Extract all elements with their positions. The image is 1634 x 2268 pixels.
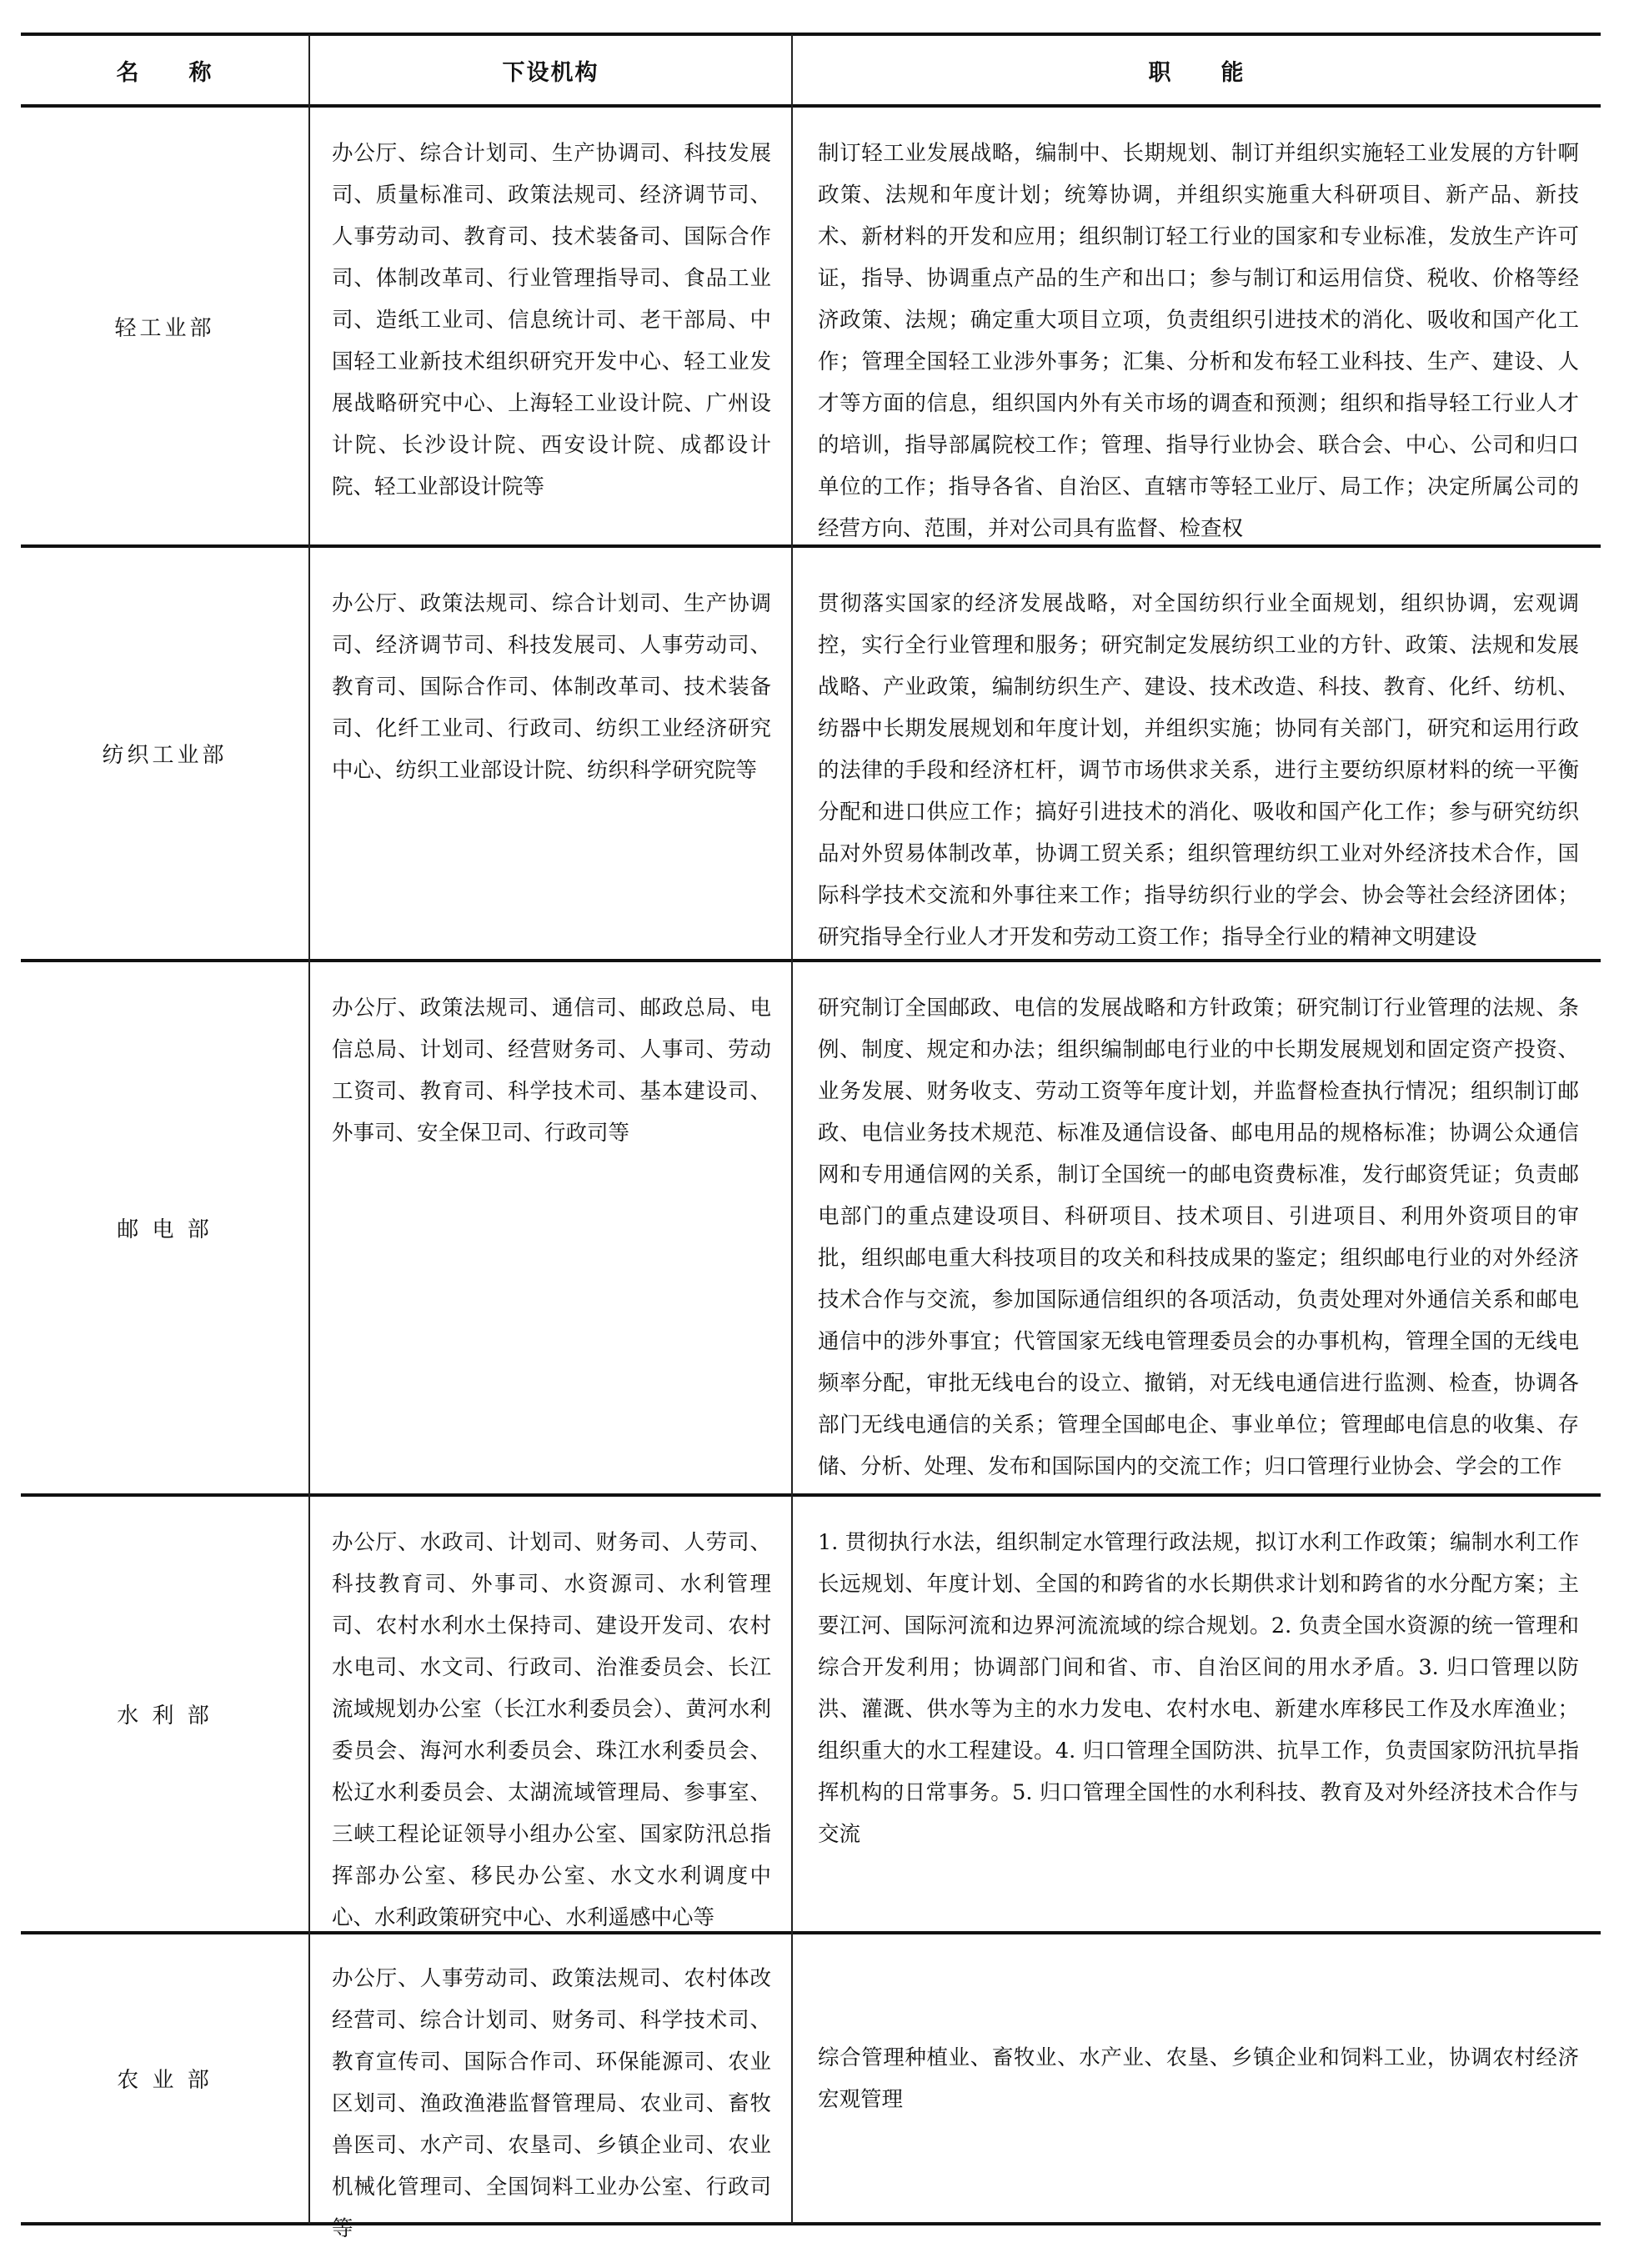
row-name: 农 业 部 (21, 1934, 308, 2222)
table-bottom-rule (21, 2222, 1601, 2225)
row-functions: 综合管理种植业、畜牧业、水产业、农垦、乡镇企业和饲料工业，协调农村经济宏观管理 (793, 1934, 1601, 2222)
row-subunits: 办公厅、政策法规司、通信司、邮政总局、电信总局、计划司、经营财务司、人事司、劳动… (310, 962, 791, 1154)
row-name: 纺织工业部 (21, 548, 308, 959)
header-name: 名 称 (21, 36, 308, 104)
header-functions: 职 能 (793, 36, 1601, 104)
row-name: 水 利 部 (21, 1497, 308, 1931)
row-subunits: 办公厅、政策法规司、综合计划司、生产协调司、经济调节司、科技发展司、人事劳动司、… (310, 548, 791, 791)
row-subunits: 办公厅、综合计划司、生产协调司、科技发展司、质量标准司、政策法规司、经济调节司、… (310, 108, 791, 508)
row-functions: 1. 贯彻执行水法，组织制定水管理行政法规，拟订水利工作政策；编制水利工作长远规… (793, 1497, 1601, 1855)
row-functions: 研究制订全国邮政、电信的发展战略和方针政策；研究制订行业管理的法规、条例、制度、… (793, 962, 1601, 1488)
row-name: 轻工业部 (21, 108, 308, 544)
row-subunits: 办公厅、人事劳动司、政策法规司、农村体改经营司、综合计划司、财务司、科学技术司、… (310, 1934, 791, 2250)
row-functions: 贯彻落实国家的经济发展战略，对全国纺织行业全面规划，组织协调，宏观调控，实行全行… (793, 548, 1601, 958)
row-subunits: 办公厅、水政司、计划司、财务司、人劳司、科技教育司、外事司、水资源司、水利管理司… (310, 1497, 791, 1939)
row-functions: 制订轻工业发展战略，编制中、长期规划、制订并组织实施轻工业发展的方针啊政策、法规… (793, 108, 1601, 549)
header-subunits: 下设机构 (310, 36, 791, 104)
row-name: 邮 电 部 (21, 962, 308, 1493)
